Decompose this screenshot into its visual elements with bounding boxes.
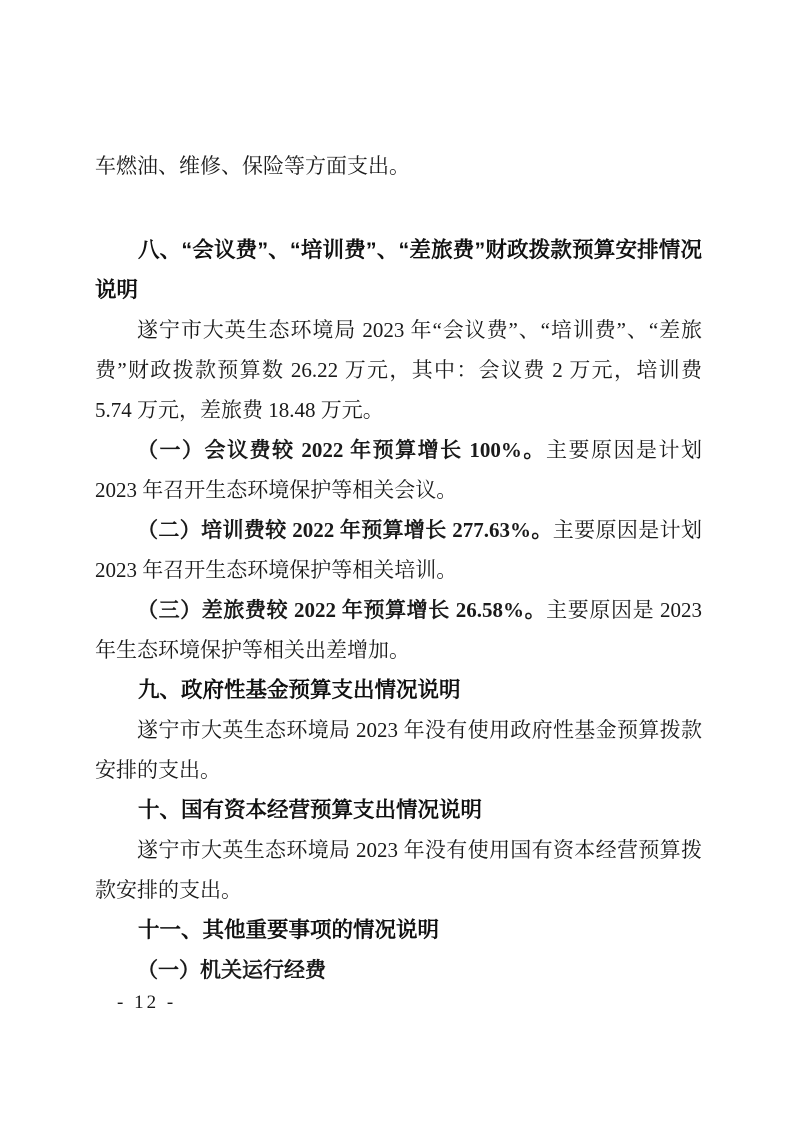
- section-10-paragraph: 遂宁市大英生态环境局 2023 年没有使用国有资本经营预算拨款安排的支出。: [95, 830, 702, 910]
- section-8-item-3-lead: （三）差旅费较 2022 年预算增长 26.58%。: [137, 598, 546, 622]
- section-9-heading: 九、政府性基金预算支出情况说明: [95, 670, 702, 710]
- section-8-intro-paragraph: 遂宁市大英生态环境局 2023 年“会议费”、“培训费”、“差旅费”财政拨款预算…: [95, 310, 702, 430]
- section-8-item-2: （二）培训费较 2022 年预算增长 277.63%。主要原因是计划 2023 …: [95, 510, 702, 590]
- section-11-sub-heading-1: （一）机关运行经费: [95, 950, 702, 990]
- section-8-heading: 八、“会议费”、“培训费”、“差旅费”财政拨款预算安排情况说明: [95, 230, 702, 310]
- document-content: 车燃油、维修、保险等方面支出。 八、“会议费”、“培训费”、“差旅费”财政拨款预…: [95, 146, 702, 990]
- document-page: 车燃油、维修、保险等方面支出。 八、“会议费”、“培训费”、“差旅费”财政拨款预…: [0, 0, 793, 1122]
- section-11-heading: 十一、其他重要事项的情况说明: [95, 910, 702, 950]
- paragraph-continuation: 车燃油、维修、保险等方面支出。: [95, 146, 702, 186]
- section-8-item-1: （一）会议费较 2022 年预算增长 100%。主要原因是计划 2023 年召开…: [95, 430, 702, 510]
- section-8-item-3: （三）差旅费较 2022 年预算增长 26.58%。主要原因是 2023 年生态…: [95, 590, 702, 670]
- section-8-item-2-lead: （二）培训费较 2022 年预算增长 277.63%。: [137, 518, 553, 542]
- section-8-item-1-lead: （一）会议费较 2022 年预算增长 100%。: [137, 438, 546, 462]
- page-number: - 12 -: [117, 990, 176, 1016]
- section-9-paragraph: 遂宁市大英生态环境局 2023 年没有使用政府性基金预算拨款安排的支出。: [95, 710, 702, 790]
- section-10-heading: 十、国有资本经营预算支出情况说明: [95, 790, 702, 830]
